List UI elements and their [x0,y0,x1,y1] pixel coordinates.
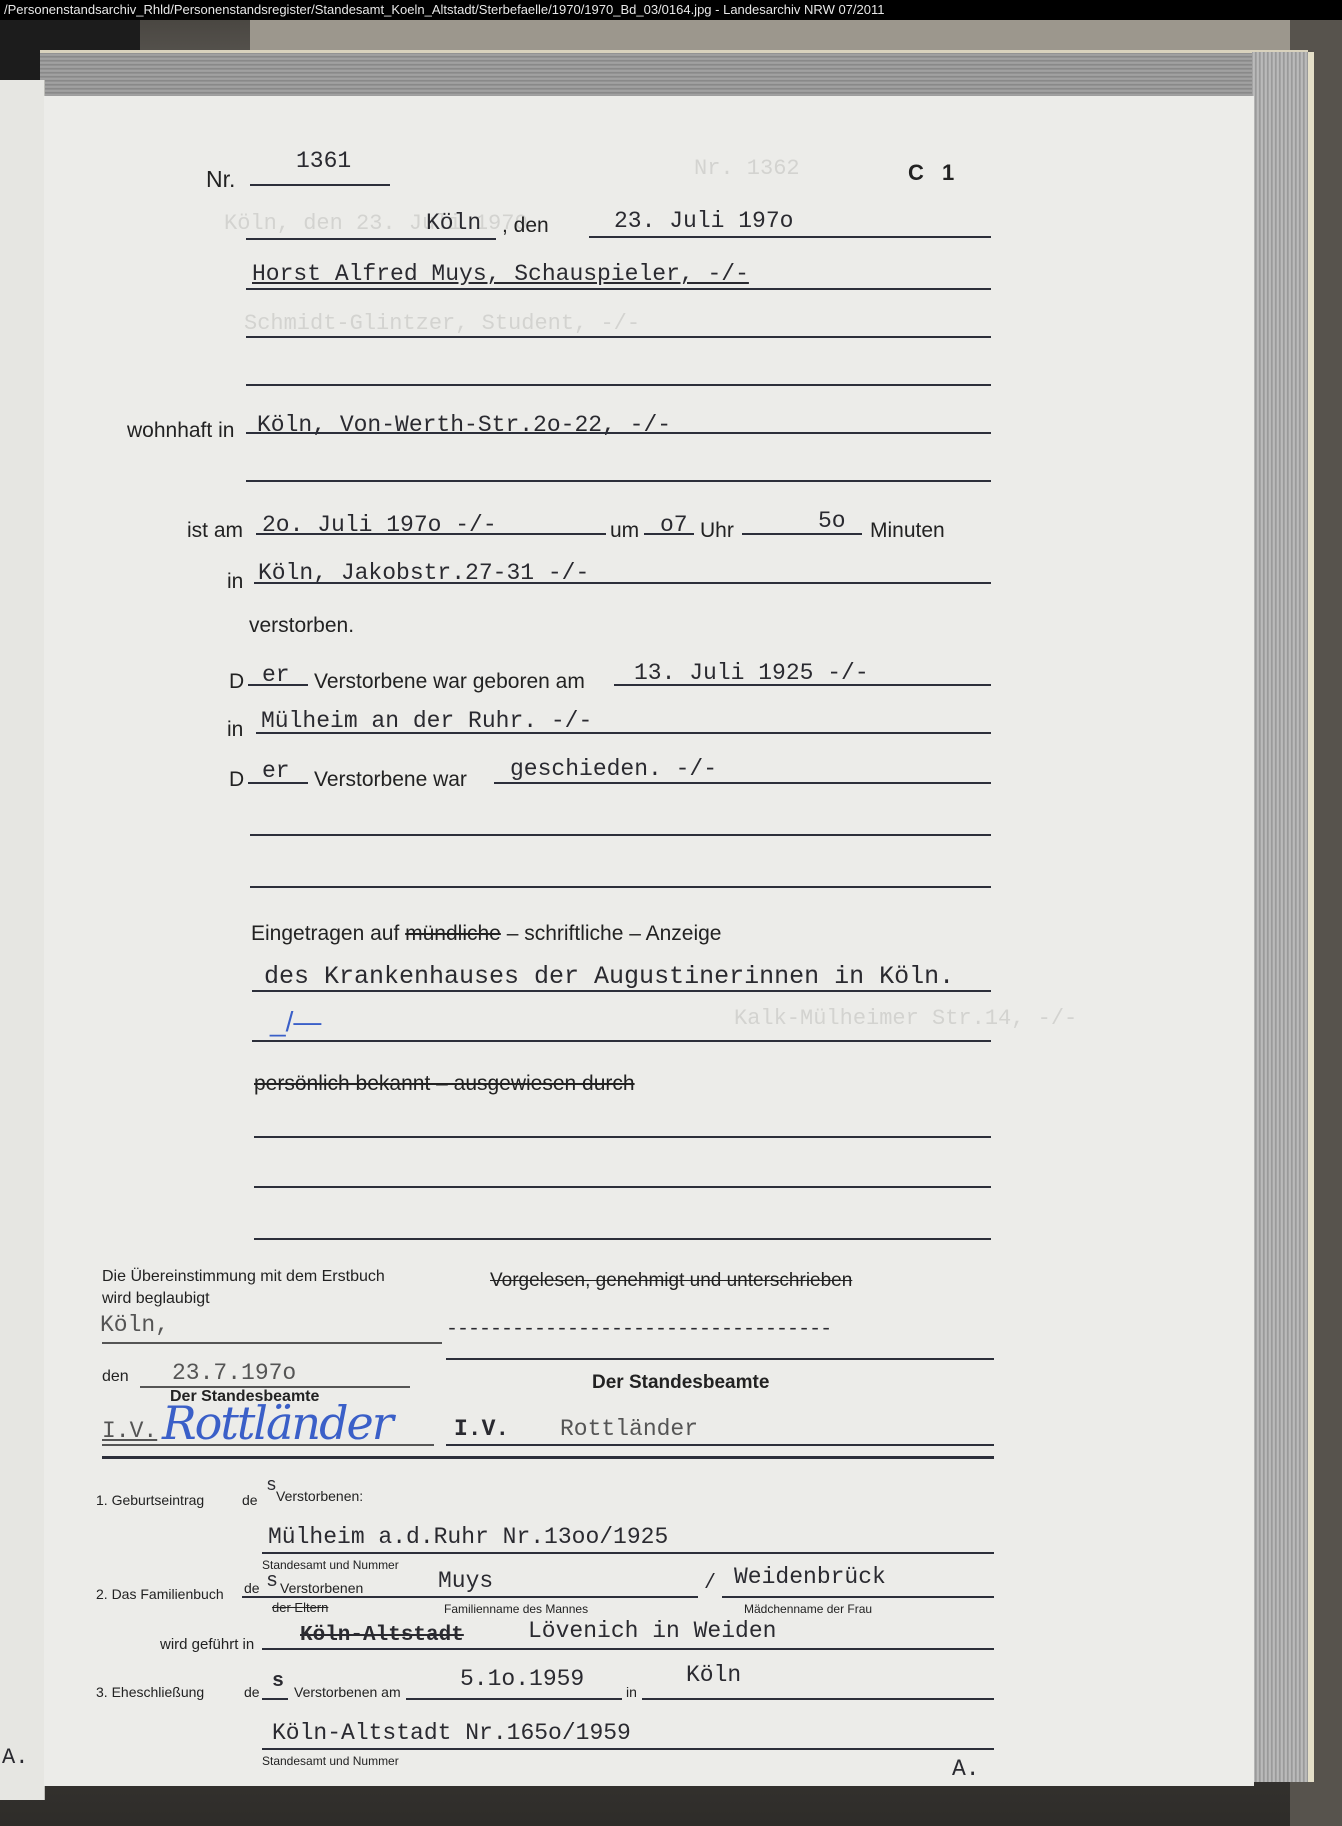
marriage-s-underline [262,1698,288,1700]
handwritten-dash-mark: _/— [270,1006,321,1038]
family-s: s [266,1570,278,1593]
minuten-label: Minuten [870,519,945,543]
identity-label: persönlich bekannt – ausgewiesen durch [254,1072,635,1096]
family-subject: Verstorbenen [280,1580,363,1596]
uhr-label: Uhr [700,519,734,543]
marriage-date: 5.1o.1959 [460,1666,584,1692]
kept-in-underline [262,1648,994,1650]
book-page-edges-right [1252,52,1314,1782]
informant-line-2 [252,1040,991,1042]
bleed-through-text: Schmidt-Glintzer, Student, -/- [244,311,640,336]
dashed-signature-line: ----------------------------------- [446,1318,831,1341]
form-code: C 1 [908,160,960,186]
den-label: , den [502,214,549,238]
death-date-underline [256,533,606,535]
left-page-footer-mark: A. [2,1745,28,1770]
marriage-place: Köln [686,1662,741,1688]
wife-maiden-name: Weidenbrück [734,1564,886,1590]
left-signature-underline [102,1444,434,1446]
book-page-edges-top [40,50,1308,101]
ist-am-label: ist am [187,519,243,543]
right-official-label: Der Standesbeamte [592,1372,769,1394]
death-place-underline [254,582,991,584]
identity-line-2 [254,1186,991,1188]
verstorben-label: verstorben. [249,614,354,638]
register-page: Nr. 1362 Köln, den 23. Juli 1970 Schmidt… [44,96,1254,1786]
birth-entry-registry-label: Standesamt und Nummer [262,1558,399,1572]
bleed-through-text: Köln, den 23. Juli 1970 [224,211,528,236]
d-prefix-2: D [229,768,244,792]
blank-line-1 [250,834,991,836]
informant-underline [252,990,991,992]
birth-entry-registry: Mülheim a.d.Ruhr Nr.13oo/1925 [268,1524,668,1550]
nr-underline [250,184,390,186]
person-line-2 [246,336,991,338]
identity-line-1 [254,1136,991,1138]
right-signature-underline [446,1358,994,1360]
informant: des Krankenhauses der Augustinerinnen in… [264,962,954,991]
birth-entry-underline [262,1552,994,1554]
gender-underline [248,684,308,686]
marriage-de: de [244,1684,260,1700]
read-approved-signed-label: Vorgelesen, genehmigt und unterschrieben [490,1270,852,1292]
born-label: Verstorbene war geboren am [314,670,585,694]
marital-status-label: Verstorbene war [314,768,467,792]
family-book-label: 2. Das Familienbuch [96,1586,224,1602]
marriage-place-underline [642,1698,994,1700]
husband-surname: Muys [438,1568,493,1594]
d-prefix: D [229,670,244,694]
death-place-in-label: in [227,570,243,594]
registration-date: 23. Juli 197o [614,208,793,234]
residence-line-2 [246,480,991,482]
identity-line-3 [254,1238,991,1240]
husband-label: Familienname des Mannes [444,1602,588,1616]
birth-place-in-label: in [227,718,243,742]
residence-value: Köln, Von-Werth-Str.2o-22, -/- [257,412,671,438]
family-underline-right [722,1596,994,1598]
birth-date: 13. Juli 1925 -/- [634,660,869,686]
left-iv: I.V. [102,1418,157,1444]
certification-place: Köln, [100,1312,169,1338]
marriage-label: 3. Eheschließung [96,1684,204,1700]
record-number: 1361 [296,148,351,174]
right-official-name: Rottländer [560,1416,698,1442]
person-line-1 [246,288,991,290]
birth-place-underline [256,732,991,734]
bleed-through-text: Kalk-Mülheimer Str.14, -/- [734,1006,1077,1031]
certification-date: 23.7.197o [172,1360,296,1386]
right-name-underline [446,1444,994,1446]
family-slash: / [704,1572,716,1595]
wife-label: Mädchenname der Frau [744,1602,872,1616]
gender-underline-2 [248,782,308,784]
marriage-s: s [272,1670,284,1693]
registration-place: Köln [426,210,481,236]
birth-place: Mülheim an der Ruhr. -/- [261,708,592,734]
certification-place-underline [102,1342,442,1344]
blank-line-2 [250,886,991,888]
birth-entry-label: 1. Geburtseintrag [96,1492,204,1508]
residence-label: wohnhaft in [127,419,234,443]
date-underline [589,236,991,238]
birth-entry-subject: Verstorbenen: [276,1488,363,1504]
kept-in-label: wird geführt in [160,1636,254,1653]
bleed-through-text: Nr. 1362 [694,156,800,181]
family-underline-left [242,1596,698,1598]
footer-mark: A. [952,1756,980,1782]
nr-label: Nr. [206,166,235,193]
person-line-3 [246,384,991,386]
marriage-subject: Verstorbenen am [294,1684,401,1700]
previous-page-edge: A. [0,80,45,1800]
struck-muendliche: mündliche [405,922,501,945]
marriage-registry: Köln-Altstadt Nr.165o/1959 [272,1720,631,1746]
death-minutes: 5o [818,508,846,534]
marriage-registry-underline [262,1748,994,1750]
birth-entry-de: de [242,1492,258,1508]
residence-underline [246,432,991,434]
right-iv: I.V. [454,1416,509,1442]
gender-suffix-2: er [262,758,290,784]
certification-heading-line1: Die Übereinstimmung mit dem Erstbuch [102,1268,385,1286]
handwritten-signature: Rottländer [162,1396,392,1450]
um-label: um [610,519,639,543]
marital-status: geschieden. -/- [510,756,717,782]
place-underline [246,238,496,240]
kept-in-struck: Köln-Altstadt [300,1624,464,1647]
marital-underline [494,782,991,784]
certification-heading-line2: wird beglaubigt [102,1290,210,1308]
death-hour: o7 [660,512,688,538]
section-divider [102,1456,994,1459]
window-title: /Personenstandsarchiv_Rhld/Personenstand… [4,2,884,17]
family-de: de [244,1580,260,1596]
certification-den-label: den [102,1368,129,1386]
family-parents-struck: der Eltern [272,1600,328,1615]
marriage-in-label: in [626,1684,637,1700]
deceased-name-occupation: Horst Alfred Muys, Schauspieler, -/- [252,261,749,287]
birth-date-underline [614,684,991,686]
eingetragen-label: Eingetragen auf mündliche – schriftliche… [251,922,721,946]
window-title-bar: /Personenstandsarchiv_Rhld/Personenstand… [0,0,1342,20]
marriage-date-underline [406,1698,622,1700]
marriage-registry-label: Standesamt und Nummer [262,1754,399,1768]
family-book-location: Lövenich in Weiden [528,1618,776,1644]
